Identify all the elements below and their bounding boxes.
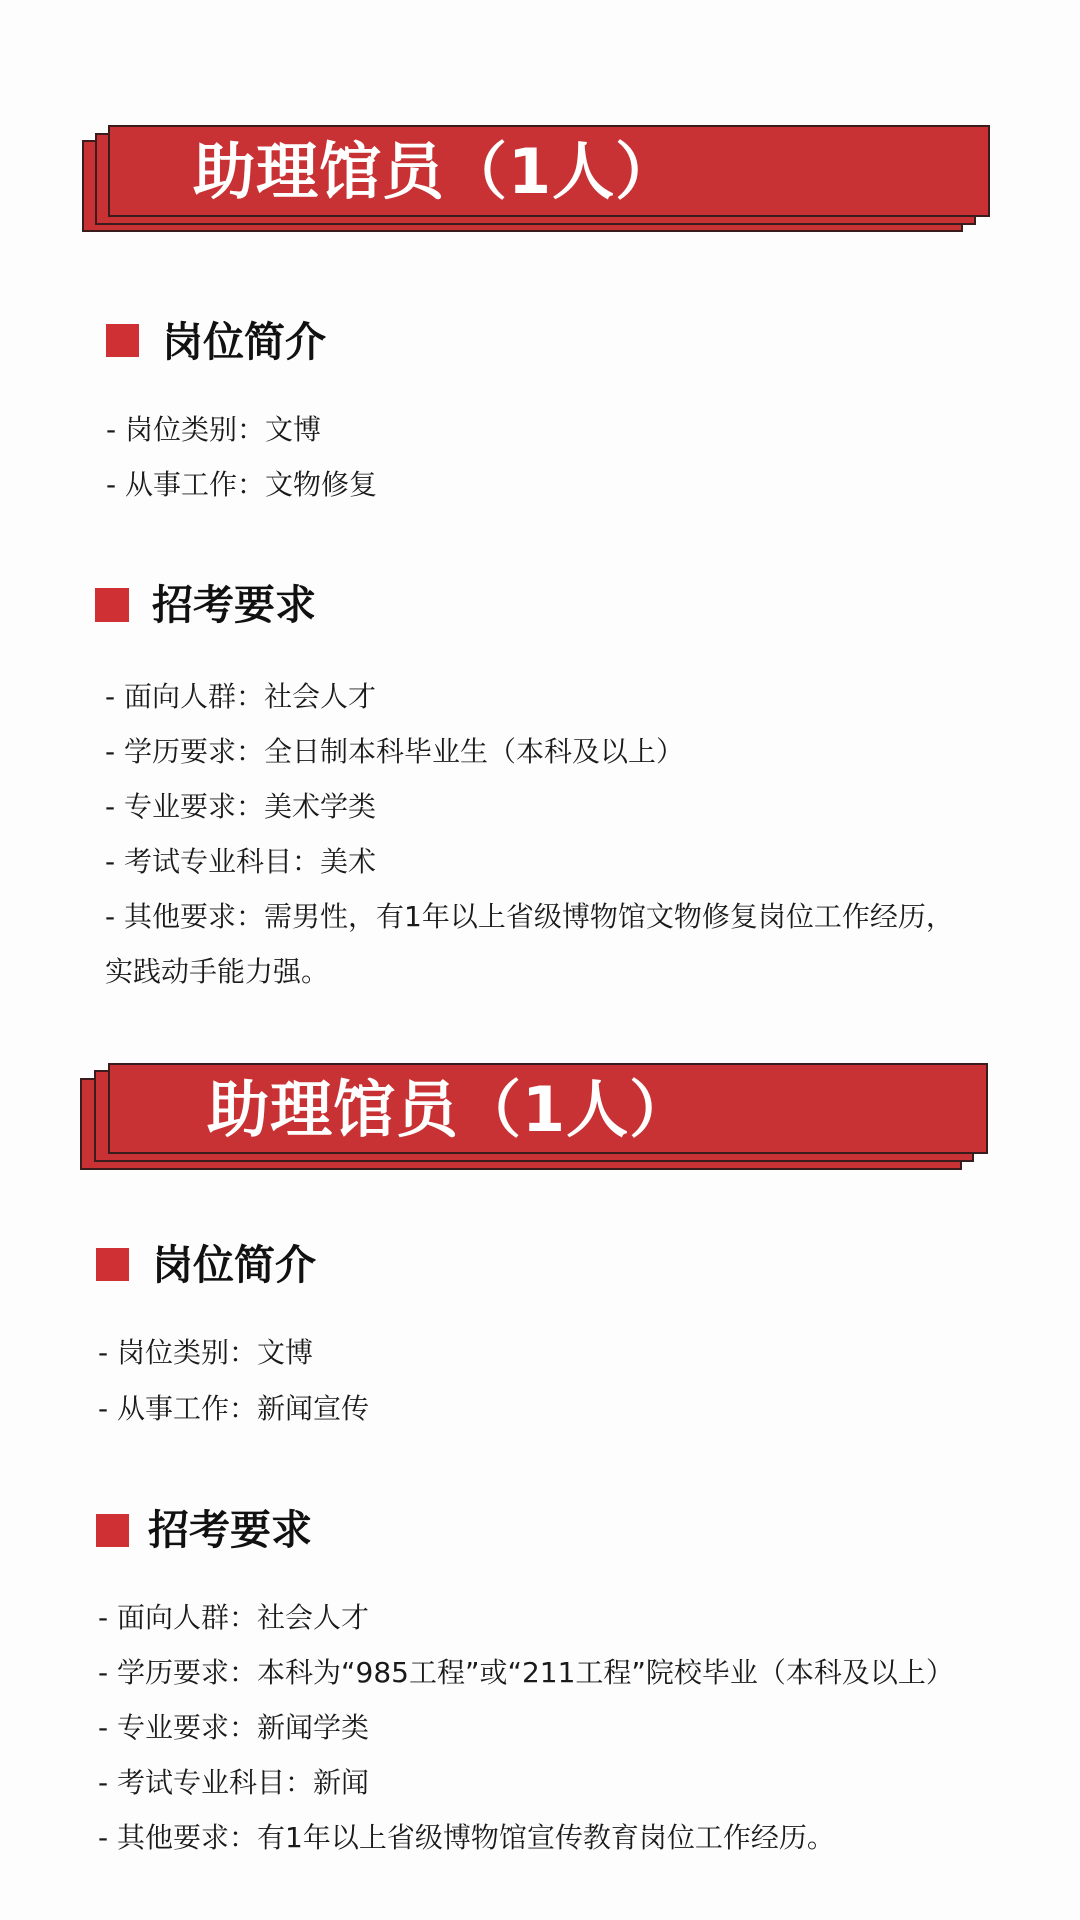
list-item: - 学历要求：本科为“985工程”或“211工程”院校毕业（本科及以上） [98, 1659, 954, 1687]
list-item: - 面向人群：社会人才 [98, 1604, 369, 1632]
square-bullet-icon [95, 588, 129, 622]
banner-title: 助理馆员（1人） [193, 141, 678, 203]
square-bullet-icon [96, 1514, 129, 1547]
list-item: - 从事工作：新闻宣传 [98, 1395, 369, 1423]
list-item: - 岗位类别：文博 [98, 1339, 313, 1367]
list-item: - 岗位类别：文博 [106, 416, 321, 444]
list-item: - 专业要求：新闻学类 [98, 1714, 369, 1742]
list-item: - 考试专业科目：美术 [105, 848, 376, 876]
list-item: - 其他要求：有1年以上省级博物馆宣传教育岗位工作经历。 [98, 1824, 835, 1852]
section-heading: 招考要求 [148, 1510, 312, 1551]
square-bullet-icon [96, 1248, 129, 1281]
list-item: - 专业要求：美术学类 [105, 793, 376, 821]
section-heading: 岗位简介 [152, 1245, 316, 1286]
list-item: - 其他要求：需男性，有1年以上省级博物馆文物修复岗位工作经历， [105, 903, 954, 931]
section-heading: 招考要求 [152, 585, 316, 626]
list-item-continuation: 实践动手能力强。 [105, 958, 329, 986]
list-item: - 面向人群：社会人才 [105, 683, 376, 711]
list-item: - 考试专业科目：新闻 [98, 1769, 369, 1797]
square-bullet-icon [106, 324, 139, 357]
section-heading: 岗位简介 [162, 322, 326, 363]
list-item: - 学历要求：全日制本科毕业生（本科及以上） [105, 738, 684, 766]
banner-title: 助理馆员（1人） [207, 1079, 692, 1141]
list-item: - 从事工作：文物修复 [106, 471, 377, 499]
